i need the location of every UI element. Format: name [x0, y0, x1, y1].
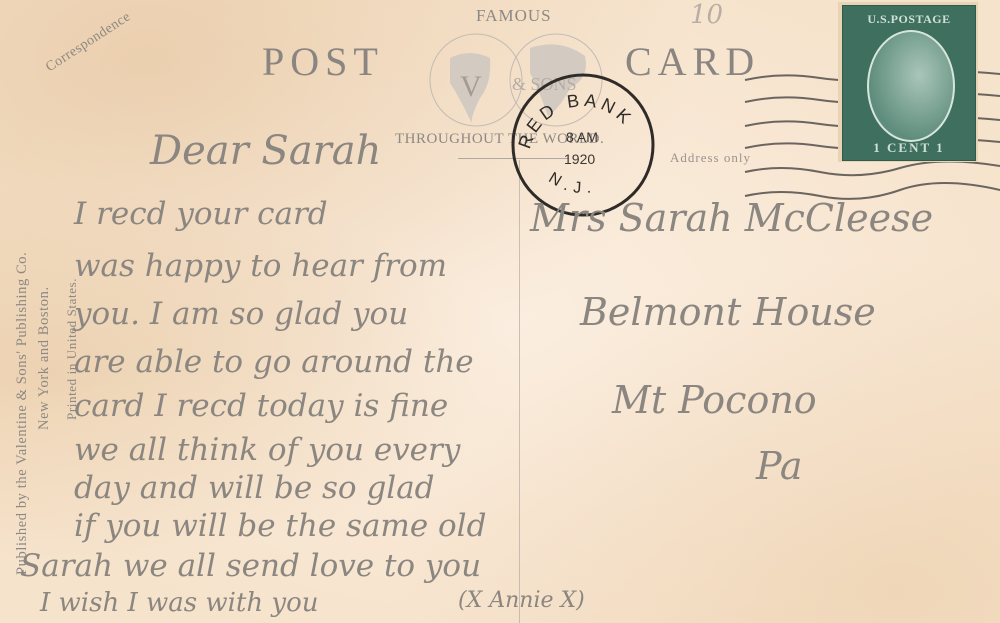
- message-line: we all think of you every: [74, 432, 460, 468]
- pencil-mark: 10: [690, 0, 723, 30]
- stamp-top-text: U.S.POSTAGE: [843, 12, 975, 27]
- address-line-1: Belmont House: [580, 290, 876, 334]
- stamp-face: U.S.POSTAGE 1 CENT 1: [842, 5, 976, 161]
- post-heading: POST: [262, 38, 384, 85]
- logo-v: V: [460, 70, 482, 103]
- postage-stamp: U.S.POSTAGE 1 CENT 1: [838, 2, 978, 162]
- message-line: I recd your card: [74, 196, 328, 232]
- message-line: card I recd today is fine: [74, 388, 448, 424]
- publisher-line-1: Published by the Valentine & Sons' Publi…: [14, 252, 31, 575]
- message-line: day and will be so glad: [74, 470, 435, 506]
- signature: (X Annie X): [458, 588, 585, 613]
- recipient-name: Mrs Sarah McCleese: [530, 196, 933, 240]
- correspondence-label: Correspondence: [43, 9, 134, 76]
- svg-text:8 AM: 8 AM: [566, 129, 598, 145]
- message-line: Sarah we all send love to you: [20, 548, 481, 584]
- message-line: you. I am so glad you: [74, 296, 408, 332]
- address-line-3: Pa: [756, 444, 803, 488]
- salutation: Dear Sarah: [150, 128, 381, 174]
- center-divider: [519, 160, 520, 623]
- message-line: are able to go around the: [74, 344, 474, 380]
- washington-portrait-icon: [867, 30, 955, 142]
- postcard-back: FAMOUS POST CARD V & SONS THROUGHOUT THE…: [0, 0, 1000, 623]
- famous-heading: FAMOUS: [476, 6, 552, 26]
- publisher-line-2: New York and Boston.: [36, 286, 53, 430]
- message-line: was happy to hear from: [74, 248, 447, 284]
- message-line: if you will be the same old: [74, 508, 486, 544]
- svg-text:1920: 1920: [564, 151, 595, 167]
- address-only-label: Address only: [670, 150, 751, 166]
- address-line-2: Mt Pocono: [612, 378, 817, 422]
- stamp-denomination: 1 CENT 1: [843, 140, 975, 156]
- message-line: I wish I was with you: [40, 588, 318, 618]
- svg-text:N.J.: N.J.: [546, 169, 598, 197]
